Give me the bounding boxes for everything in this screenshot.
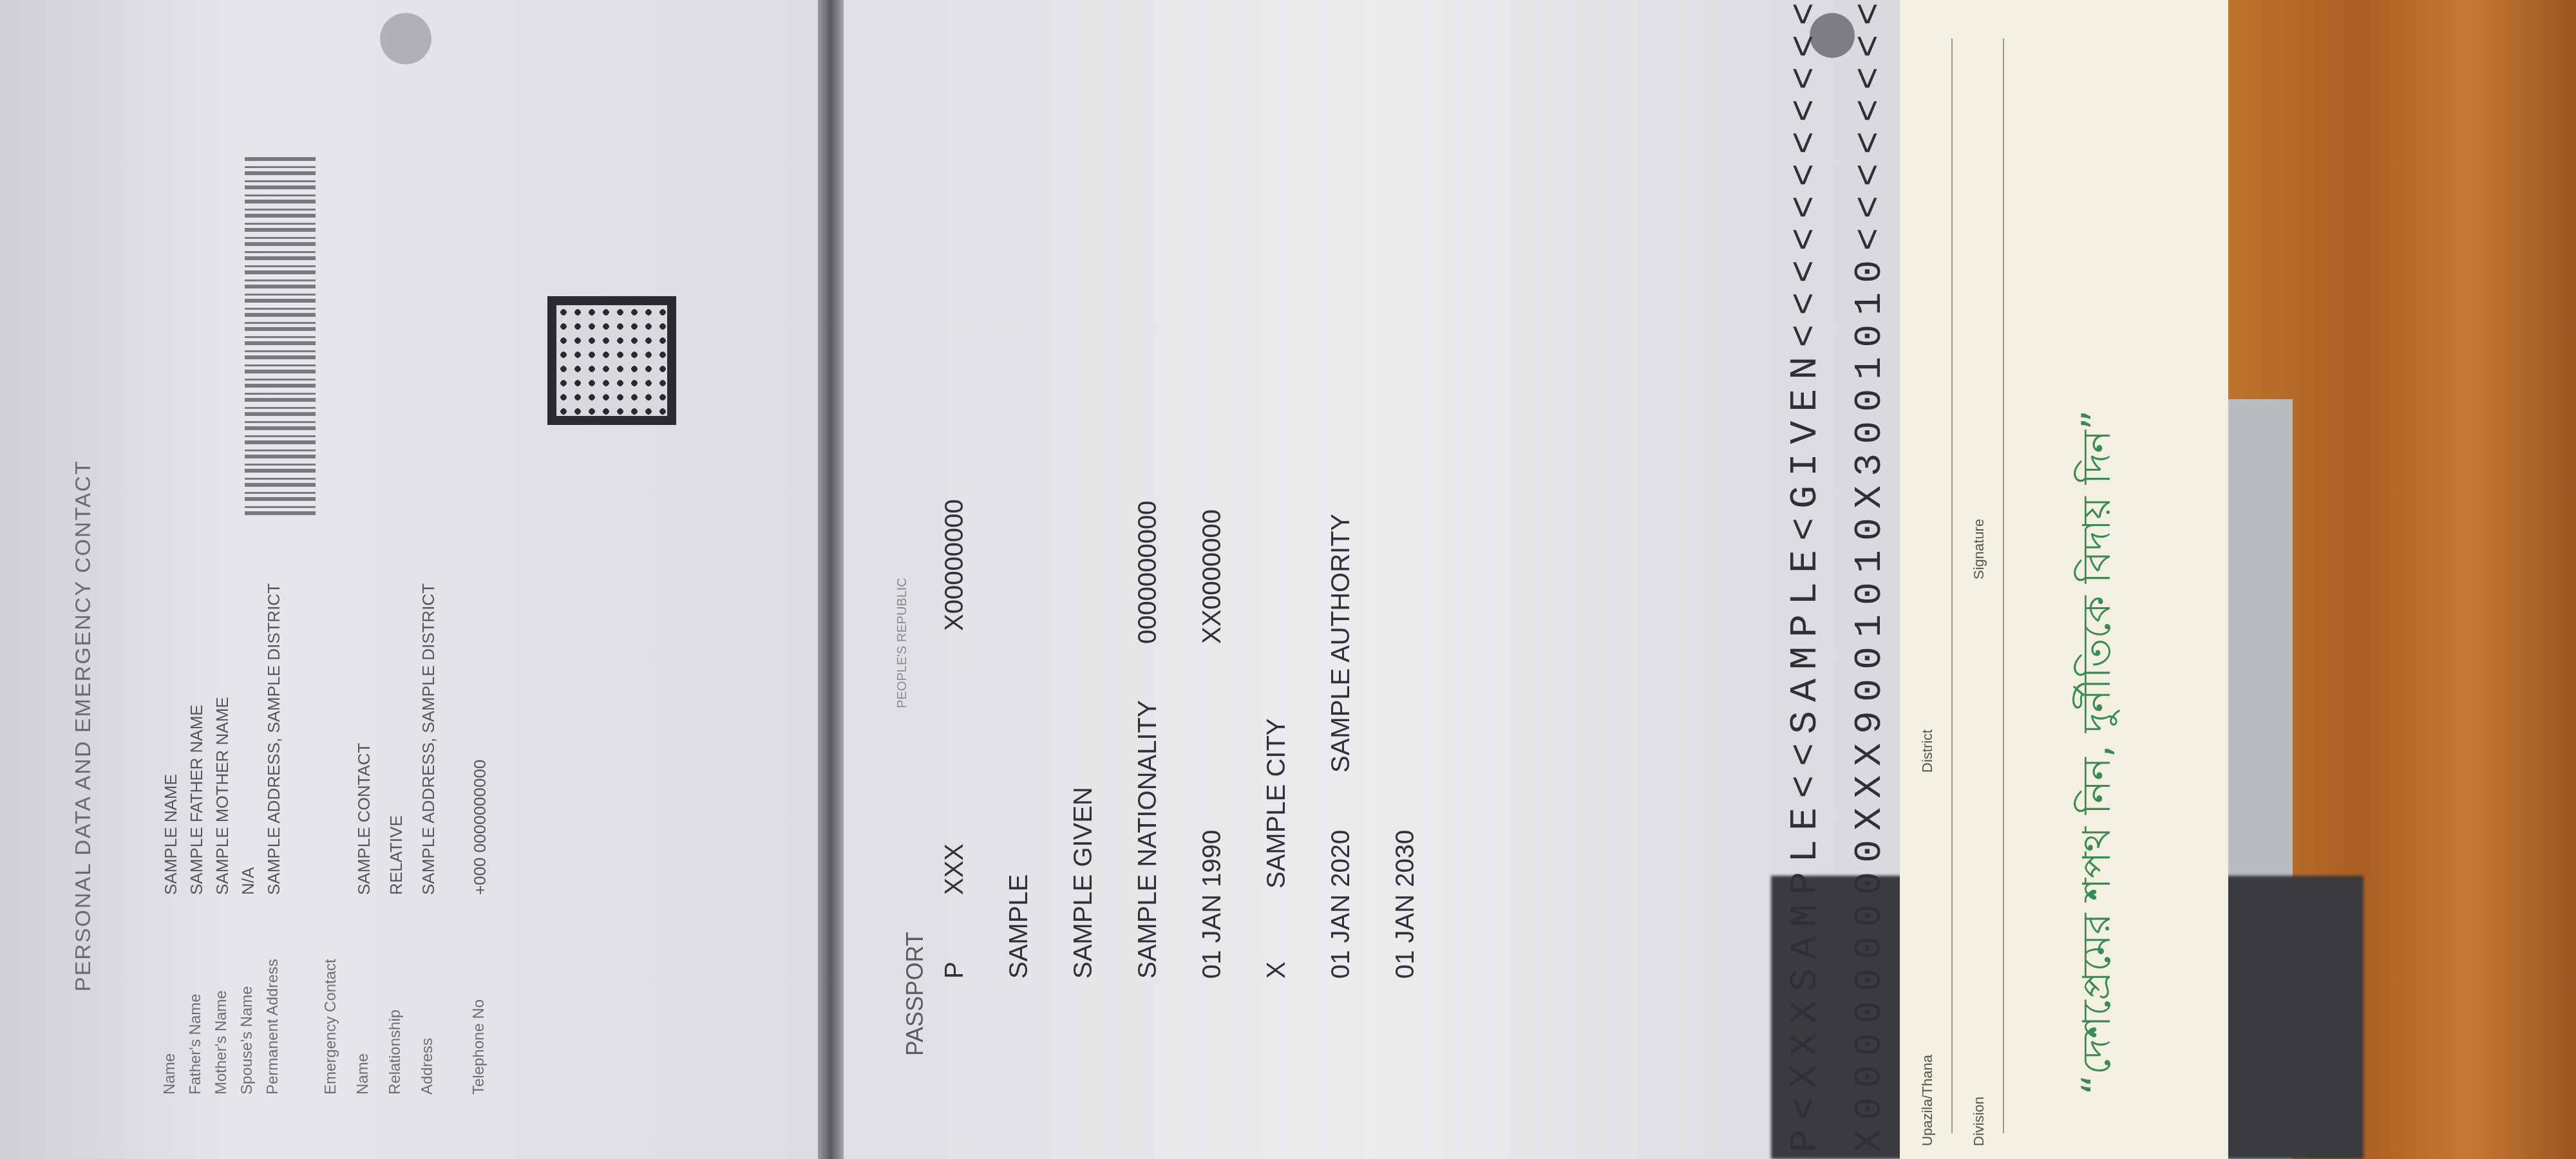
row-label: Father's Name — [187, 994, 205, 1095]
row-label: Telephone No — [470, 999, 488, 1095]
page-fold — [818, 0, 844, 1159]
form-field-label: Division — [1971, 1097, 1987, 1146]
passport-number-value: X00000000 — [940, 499, 969, 631]
row-label: Relationship — [386, 1010, 404, 1095]
barcode — [245, 155, 316, 515]
row-label: Permanent Address — [264, 959, 282, 1095]
row-value: SAMPLE ADDRESS, SAMPLE DISTRICT — [264, 583, 284, 895]
form-underline — [1951, 39, 1953, 1133]
form-field-label: Signature — [1971, 519, 1987, 579]
row-value: SAMPLE ADDRESS, SAMPLE DISTRICT — [419, 583, 439, 895]
passport-label: PASSPORT — [902, 932, 929, 1056]
type-value: P — [940, 961, 969, 979]
issuing-authority-value: SAMPLE AUTHORITY — [1327, 514, 1356, 773]
personal-data-page: PERSONAL DATA AND EMERGENCY CONTACT Name… — [0, 0, 824, 1159]
dob-value: 01 JAN 1990 — [1198, 830, 1227, 979]
country-code-value: XXX — [940, 843, 969, 895]
form-field-label: District — [1919, 730, 1936, 773]
form-underline — [2003, 39, 2004, 1133]
row-value: SAMPLE NAME — [161, 774, 181, 895]
qr-code — [547, 296, 676, 425]
row-value: +000 0000000000 — [470, 760, 490, 895]
personal-number-value: 0000000000 — [1133, 501, 1162, 644]
mrz-line-1: P<XXXSAMPLE<<SAMPLE<GIVEN<<<<<<<<<<<<<<<… — [1784, 0, 1828, 1153]
row-label: Name — [161, 1053, 179, 1095]
issue-date-value: 01 JAN 2020 — [1327, 830, 1356, 979]
nationality-value: SAMPLE NATIONALITY — [1133, 700, 1162, 979]
country-header: PEOPLE'S REPUBLIC — [895, 578, 910, 708]
expiry-date-value: 01 JAN 2030 — [1391, 830, 1420, 979]
place-of-birth-value: SAMPLE CITY — [1262, 718, 1291, 889]
row-value: SAMPLE FATHER NAME — [187, 704, 207, 895]
row-label: Spouse's Name — [238, 986, 256, 1095]
sex-value: X — [1262, 961, 1291, 979]
mrz-line-2: X000000000XXX9001010X3001010<<<<<<<<<<<<… — [1848, 0, 1892, 1153]
seal-icon — [380, 13, 431, 64]
row-label: Mother's Name — [213, 990, 231, 1095]
row-value: SAMPLE MOTHER NAME — [213, 697, 232, 895]
anti-corruption-slogan: “দেশপ্রেমের শপথ নিন, দুর্নীতিকে বিদায় দ… — [2067, 410, 2132, 1095]
printed-form: Upazila/Thana District Division Signatur… — [1900, 0, 2228, 1159]
emergency-title: Emergency Contact — [322, 959, 340, 1095]
passport-photocopy: PERSONAL DATA AND EMERGENCY CONTACT Name… — [0, 0, 1900, 1159]
given-name-value: SAMPLE GIVEN — [1069, 787, 1098, 979]
section-title: PERSONAL DATA AND EMERGENCY CONTACT — [71, 460, 96, 992]
passport-data-page: PASSPORT PEOPLE'S REPUBLIC P XXX X000000… — [844, 0, 1900, 1159]
row-label: Name — [354, 1053, 372, 1095]
form-field-label: Upazila/Thana — [1919, 1055, 1936, 1146]
surname-value: SAMPLE — [1005, 874, 1034, 979]
previous-passport-value: XX0000000 — [1198, 509, 1227, 644]
row-value: RELATIVE — [386, 815, 406, 895]
row-value: SAMPLE CONTACT — [354, 743, 374, 895]
row-value: N/A — [238, 867, 258, 895]
row-label: Address — [419, 1038, 437, 1095]
